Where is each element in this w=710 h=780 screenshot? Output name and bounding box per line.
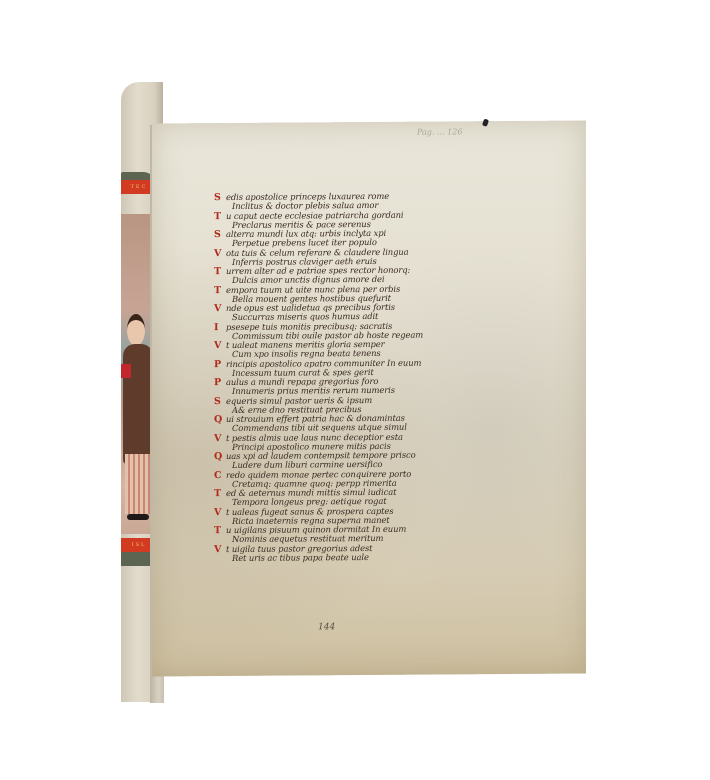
rubricated-initial: V [214, 304, 221, 313]
rubricated-initial: V [214, 545, 221, 554]
rubricated-initial: V [214, 434, 221, 443]
rubricated-initial: S [214, 193, 221, 202]
figure-feet [127, 514, 149, 520]
rubricated-initial: Q [214, 415, 222, 424]
rubricated-initial: P [214, 360, 221, 369]
rubricated-initial: S [214, 397, 221, 406]
verse-text-block: Sedis apostolice princeps luxaurea romeI… [226, 191, 526, 563]
figure-tunic [125, 454, 151, 514]
rubricated-initial: T [214, 526, 221, 535]
rubricated-initial: T [214, 267, 221, 276]
red-book-icon [121, 364, 131, 378]
rubricated-initial: V [214, 508, 221, 517]
parchment-page: Pag. ... 126 Sedis apostolice princeps l… [152, 120, 586, 676]
page-top-note: Pag. ... 126 [417, 127, 462, 136]
figure-head [127, 314, 145, 346]
rubricated-initial: V [214, 341, 221, 350]
verse-text: Ret uris ac tibus papa beate uale [232, 552, 369, 563]
rubricated-initial: V [214, 249, 221, 258]
rubricated-initial: S [214, 230, 221, 239]
rubricated-initial: T [214, 212, 221, 221]
rubricated-initial: I [214, 323, 218, 332]
folio-number: 144 [318, 622, 335, 632]
rubricated-initial: T [214, 286, 221, 295]
rubricated-initial: T [214, 489, 221, 498]
manuscript-photo: TEC ISL Pag. ... 126 Sedis apostolice pr… [0, 0, 710, 780]
rubricated-initial: Q [214, 452, 222, 461]
figure-robe [123, 344, 153, 464]
verse-line: Ret uris ac tibus papa beate uale [226, 552, 526, 563]
rubricated-initial: C [214, 471, 221, 480]
rubricated-initial: P [214, 378, 221, 387]
ink-blot [482, 119, 489, 127]
